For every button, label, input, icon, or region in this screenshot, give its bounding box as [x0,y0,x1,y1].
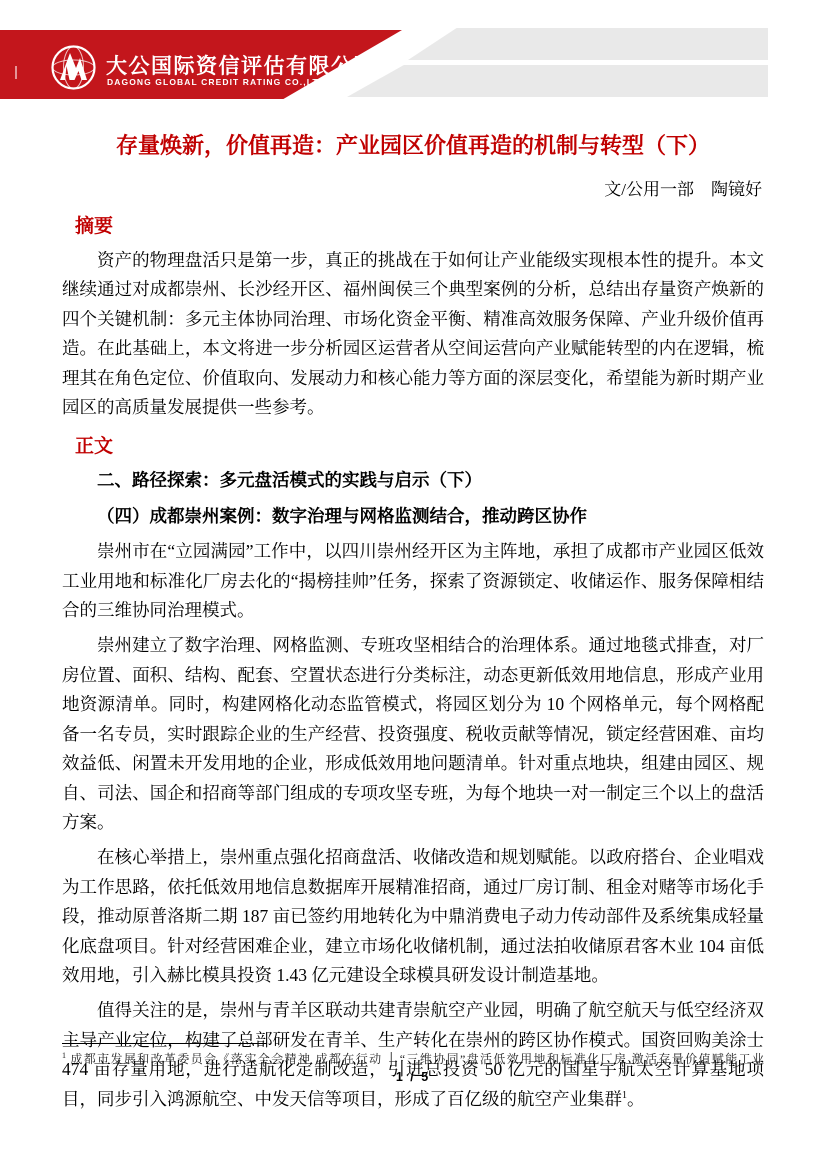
body-heading: 正文 [75,434,764,460]
decor-stripe-bottom [347,65,768,97]
article-content: 存量焕新，价值再造：产业园区价值再造的机制与转型（下） 文/公用一部 陶镜好 摘… [62,120,764,1114]
footnote-block: 1 成都市发展和改革委员会《落实全会精神 成都在行动 │ “三维协同”盘活低效用… [62,1043,764,1067]
abstract-heading: 摘要 [75,214,764,240]
body-paragraph-1: 崇州市在“立园满园”工作中，以四川崇州经开区为主阵地，承担了成都市产业园区低效工… [62,537,764,625]
footnote-text: 1 成都市发展和改革委员会《落实全会精神 成都在行动 │ “三维协同”盘活低效用… [62,1048,764,1067]
footnote-marker: 1 [62,1051,66,1060]
body-paragraph-2: 崇州建立了数字治理、网格监测、专班攻坚相结合的治理体系。通过地毯式排查，对厂房位… [62,631,764,837]
subsection-heading: （四）成都崇州案例：数字治理与网格监测结合，推动跨区协作 [62,502,764,531]
article-title: 存量焕新，价值再造：产业园区价值再造的机制与转型（下） [62,130,764,162]
paragraph-tail: 。 [627,1089,645,1109]
abstract-paragraph: 资产的物理盘活只是第一步，真正的挑战在于如何让产业能级实现根本性的提升。本文继续… [62,246,764,422]
decor-stripe-top [408,28,768,60]
dagong-logo-icon [50,44,97,91]
section-heading: 二、路径探索：多元盘活模式的实践与启示（下） [62,466,764,495]
body-paragraph-3: 在核心举措上，崇州重点强化招商盘活、收储改造和规划赋能。以政府搭台、企业唱戏为工… [62,843,764,990]
company-name-zh: 大公国际资信评估有限公司 [106,50,406,80]
article-byline: 文/公用一部 陶镜好 [62,178,762,202]
footnote-body: 成都市发展和改革委员会《落实全会精神 成都在行动 │ “三维协同”盘活低效用地和… [70,1052,764,1066]
banner-tick-mark [15,66,17,79]
page-number: 1 / 5 [0,1070,826,1084]
company-name-en: DAGONG GLOBAL CREDIT RATING CO.,LTD [107,77,407,87]
footnote-separator-rule [62,1043,267,1044]
document-page: 大公国际资信评估有限公司 DAGONG GLOBAL CREDIT RATING… [0,0,826,1169]
